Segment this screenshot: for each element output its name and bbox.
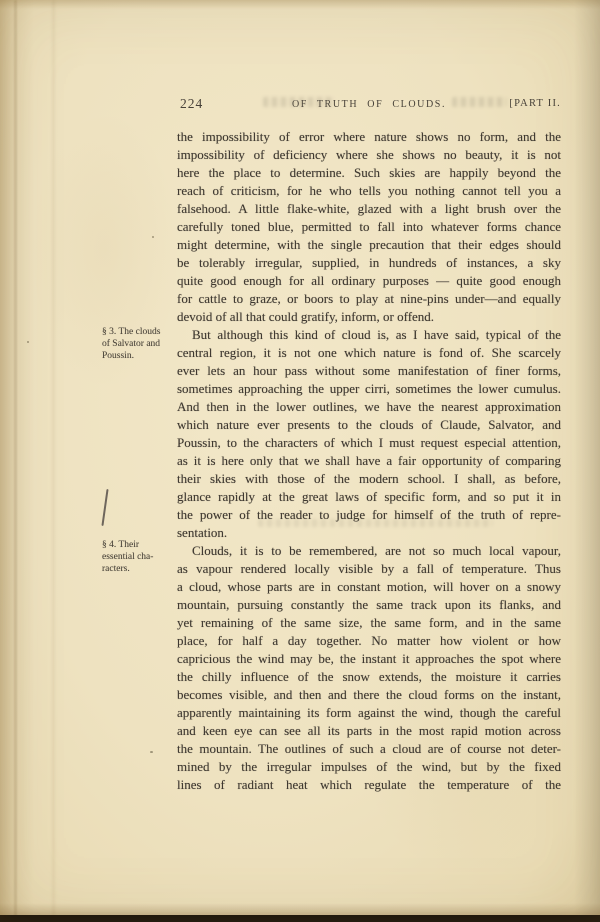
body-line: the impossibility of error where nature … xyxy=(177,128,561,146)
body-line: here the place to determine. Such skies … xyxy=(177,164,561,182)
body-line: which nature ever presents to the clouds… xyxy=(177,416,561,434)
margin-note-1: § 3. The cloudsof Salvator andPoussin. xyxy=(102,327,180,362)
body-line: and keen eye can see all its parts in th… xyxy=(177,722,561,740)
body-line: glance rapidly at the great laws of spec… xyxy=(177,488,561,506)
body-line: quite good enough for all ordinary purpo… xyxy=(177,272,561,290)
margin-note-line: § 4. Their xyxy=(102,540,180,552)
page-top-edge-shading xyxy=(0,0,600,9)
body-line: Clouds, it is to be remembered, are not … xyxy=(177,542,561,560)
body-line: apparently maintaining its form against … xyxy=(177,704,561,722)
page-left-edge-shading xyxy=(0,0,34,922)
body-line: reach of criticism, for he who tells you… xyxy=(177,182,561,200)
margin-note-line: Poussin. xyxy=(102,351,180,363)
body-line: impossibility of deficiency where she sh… xyxy=(177,146,561,164)
ink-speck xyxy=(27,341,29,343)
book-page-scan: 224 OF TRUTH OF CLOUDS. [PART II. § 3. T… xyxy=(0,0,600,922)
scan-bottom-dark-strip xyxy=(0,915,600,922)
body-line: for cattle to graze, or boors to play at… xyxy=(177,290,561,308)
body-line: devoid of all that could gratify, inform… xyxy=(177,308,561,326)
paragraph-3: Clouds, it is to be remembered, are not … xyxy=(177,542,561,794)
body-line: as it is here only that we shall have a … xyxy=(177,452,561,470)
body-line: be tolerably irregular, supplied, in hun… xyxy=(177,254,561,272)
paragraph-2: But although this kind of cloud is, as I… xyxy=(177,326,561,542)
show-through-smudge xyxy=(452,97,507,107)
body-line: And then in the lower outlines, we have … xyxy=(177,398,561,416)
page-bottom-edge-shading xyxy=(0,903,600,915)
body-line: mined by the irregular impulses of the w… xyxy=(177,758,561,776)
body-line: lines of radiant heat which regulate the… xyxy=(177,776,561,794)
body-line: as vapour rendered locally visible by a … xyxy=(177,560,561,578)
ink-speck xyxy=(152,236,154,238)
show-through-smudge xyxy=(263,97,335,107)
body-line: the chilly influence of the snow extends… xyxy=(177,668,561,686)
text-body: the impossibility of error where nature … xyxy=(177,128,561,794)
margin-note-line: § 3. The clouds xyxy=(102,327,180,339)
page-right-edge-shading xyxy=(574,0,600,922)
body-line: ever lets an hour pass without some mani… xyxy=(177,362,561,380)
body-line: place, for half a day together. No matte… xyxy=(177,632,561,650)
body-line: becomes visible, and then and there the … xyxy=(177,686,561,704)
pen-mark xyxy=(101,489,108,526)
body-line: carefully toned blue, permitted to fall … xyxy=(177,218,561,236)
body-line: a cloud, whose parts are in constant mot… xyxy=(177,578,561,596)
body-line: their skies with those of the modern sch… xyxy=(177,470,561,488)
body-line: Poussin, to the characters of which I mu… xyxy=(177,434,561,452)
margin-note-line: of Salvator and xyxy=(102,339,180,351)
body-line: mountain, pursuing constantly the same t… xyxy=(177,596,561,614)
body-line: capricious the wind may be, the instant … xyxy=(177,650,561,668)
show-through-smudge xyxy=(258,519,493,527)
margin-note-2: § 4. Theiressential cha-racters. xyxy=(102,540,180,575)
margin-note-line: racters. xyxy=(102,564,180,576)
paragraph-1: the impossibility of error where nature … xyxy=(177,128,561,326)
body-line: might determine, with the single precaut… xyxy=(177,236,561,254)
margin-note-line: essential cha- xyxy=(102,552,180,564)
body-line: falsehood. A little flake-white, glazed … xyxy=(177,200,561,218)
body-line: the mountain. The outlines of such a clo… xyxy=(177,740,561,758)
body-line: But although this kind of cloud is, as I… xyxy=(177,326,561,344)
secondary-crease xyxy=(52,0,55,922)
body-line: central region, it is not one which natu… xyxy=(177,344,561,362)
ink-speck xyxy=(150,751,153,753)
part-label: [PART II. xyxy=(509,98,561,109)
body-line: yet remaining of the same size, the same… xyxy=(177,614,561,632)
body-line: sometimes approaching the upper cirri, s… xyxy=(177,380,561,398)
binding-crease xyxy=(14,0,17,922)
